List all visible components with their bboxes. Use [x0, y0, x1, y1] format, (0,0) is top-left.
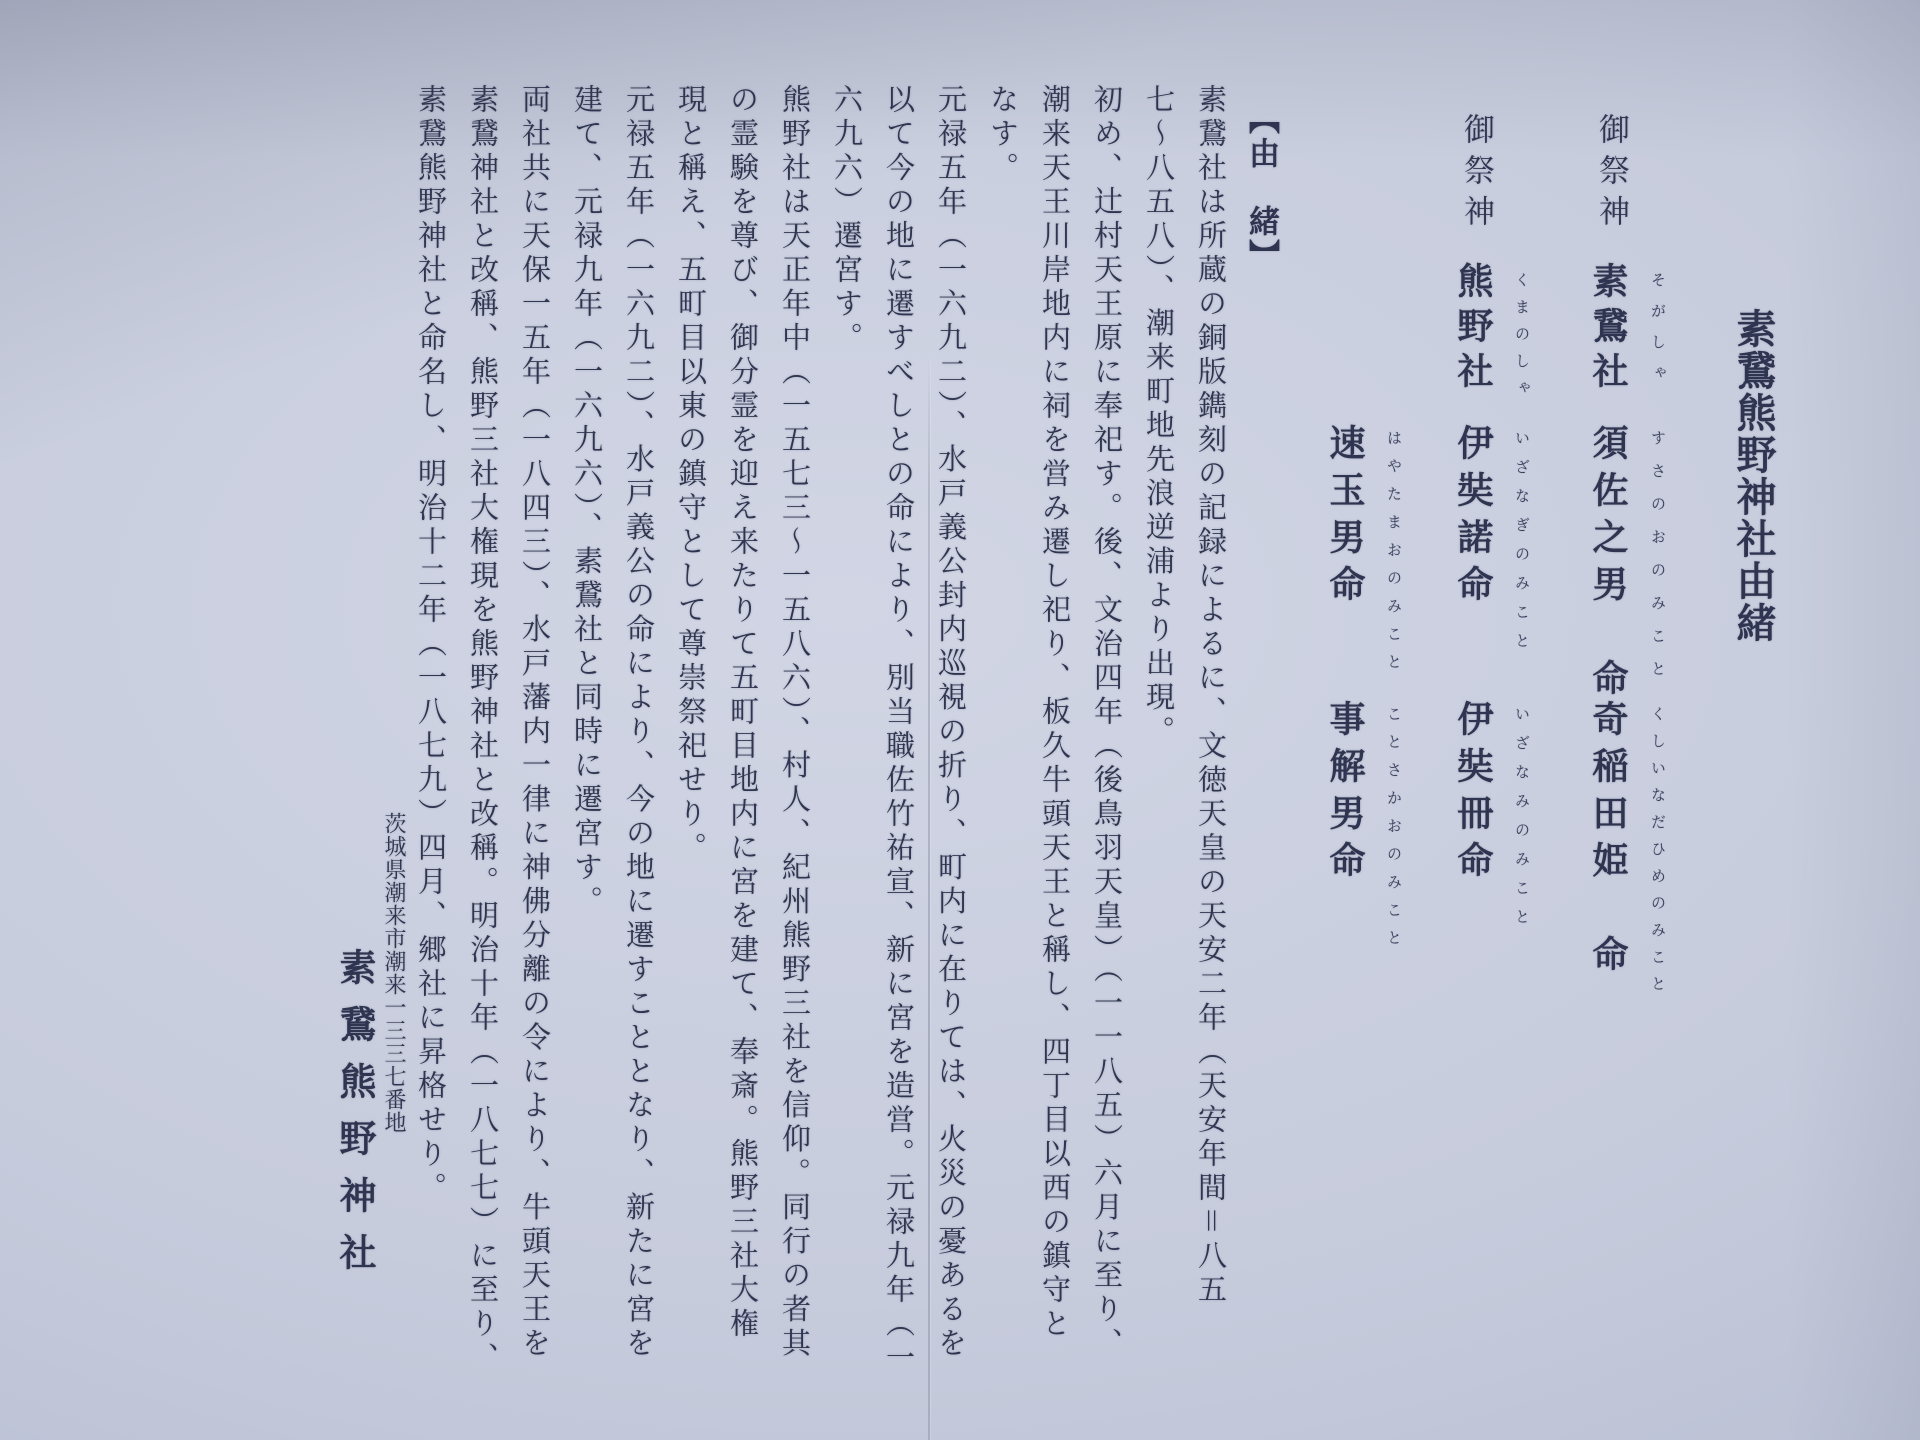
gosaijin-label-sogasha: 御祭神: [1589, 113, 1634, 236]
yuisho-line: 両社共に天保一五年（一八四三）、水戸藩内一律に神佛分離の令により、牛頭天王を: [508, 84, 560, 1414]
yuisho-line: 潮来天王川岸地内に祠を営み遷し祀り、板久牛頭天王と稱し、四丁目以西の鎮守と: [1028, 84, 1080, 1414]
yuisho-line: の霊験を尊び、御分霊を迎え来たりて五町目地内に宮を建て、奉斎。熊野三社大権: [716, 84, 768, 1414]
yuisho-line: 元禄五年（一六九二）、水戸義公の命により、今の地に遷すこととなり、新たに宮を: [612, 84, 664, 1414]
furigana-izanagi: いざなぎのみこと: [1511, 430, 1532, 662]
yuisho-line: 素鵞神社と改稱、熊野三社大権現を熊野神社と改稱。明治十年（一八七七）に至り、: [456, 84, 508, 1414]
yuisho-line: 七〜八五八）、潮来町地先浪逆浦より出現。: [1132, 84, 1184, 1414]
yuisho-line: 素鵞社は所蔵の銅版鐫刻の記録によるに、文徳天皇の天安二年（天安年間＝八五: [1184, 84, 1236, 1414]
document-title: 素鵞熊野神社由緒: [1725, 308, 1782, 644]
furigana-susanoo: すさのおのみこと: [1647, 430, 1668, 694]
yuisho-line: なす。: [976, 84, 1028, 1414]
yuisho-line: 建て、元禄九年（一六九六）、素鵞社と同時に遷宮す。: [560, 84, 612, 1414]
yuisho-section-header: 【由 緒】: [1239, 103, 1284, 273]
furigana-sogasha: そがしゃ: [1647, 272, 1668, 396]
yuisho-line: 以て今の地に遷すべしとの命により、別当職佐竹祐宣、新に宮を造営。元禄九年（一: [872, 84, 924, 1414]
yuisho-line: 熊野社は天正年中（一五七三〜一五八六）、村人、紀州熊野三社を信仰。同行の者其: [768, 84, 820, 1414]
shrine-name-kumanosha: 熊野社: [1448, 262, 1499, 397]
yuisho-line: 六九六）遷宮す。: [820, 84, 872, 1414]
furigana-kushiinadahime: くしいなだひめのみこと: [1647, 706, 1668, 1003]
deity-name-susanoo: 須佐之男 命: [1583, 424, 1634, 706]
furigana-kotosakao: ことさかおのみこと: [1383, 706, 1404, 958]
deity-name-izanami: 伊奘冊命: [1448, 700, 1499, 888]
deity-name-kushiinadahime: 奇稲田姫 命: [1583, 700, 1634, 982]
shrine-address: 茨城県潮来市潮来一三三七番地: [379, 812, 410, 1134]
shrine-name-sogasha: 素鵞社: [1583, 262, 1634, 397]
shrine-signature: 素鵞熊野神社: [326, 948, 380, 1290]
deity-name-hayatamao: 速玉男命: [1320, 424, 1371, 612]
furigana-hayatamao: はやたまおのみこと: [1383, 430, 1404, 682]
gosaijin-label-kumanosha: 御祭神: [1454, 113, 1499, 236]
furigana-kumanosha: くまのしゃ: [1511, 272, 1532, 407]
deity-name-kotosakao: 事解男命: [1320, 700, 1371, 888]
yuisho-line: 元禄五年（一六九二）、水戸義公封内巡視の折り、町内に在りては、火災の憂あるを: [924, 84, 976, 1414]
deity-name-izanagi: 伊奘諾命: [1448, 424, 1499, 612]
shrine-history-document: 素鵞熊野神社由緒 御祭神 素鵞社 そがしゃ 須佐之男 命 すさのおのみこと 奇稲…: [0, 0, 1920, 1440]
yuisho-body-text: 素鵞社は所蔵の銅版鐫刻の記録によるに、文徳天皇の天安二年（天安年間＝八五 七〜八…: [404, 84, 1236, 1414]
yuisho-line: 現と稱え、五町目以東の鎮守として尊崇祭祀せり。: [664, 84, 716, 1414]
furigana-izanami: いざなみのみこと: [1511, 706, 1532, 938]
yuisho-line: 素鵞熊野神社と命名し、明治十二年（一八七九）四月、郷社に昇格せり。: [404, 84, 456, 1414]
yuisho-line: 初め、辻村天王原に奉祀す。後、文治四年（後鳥羽天皇）（一一八五）六月に至り、: [1080, 84, 1132, 1414]
